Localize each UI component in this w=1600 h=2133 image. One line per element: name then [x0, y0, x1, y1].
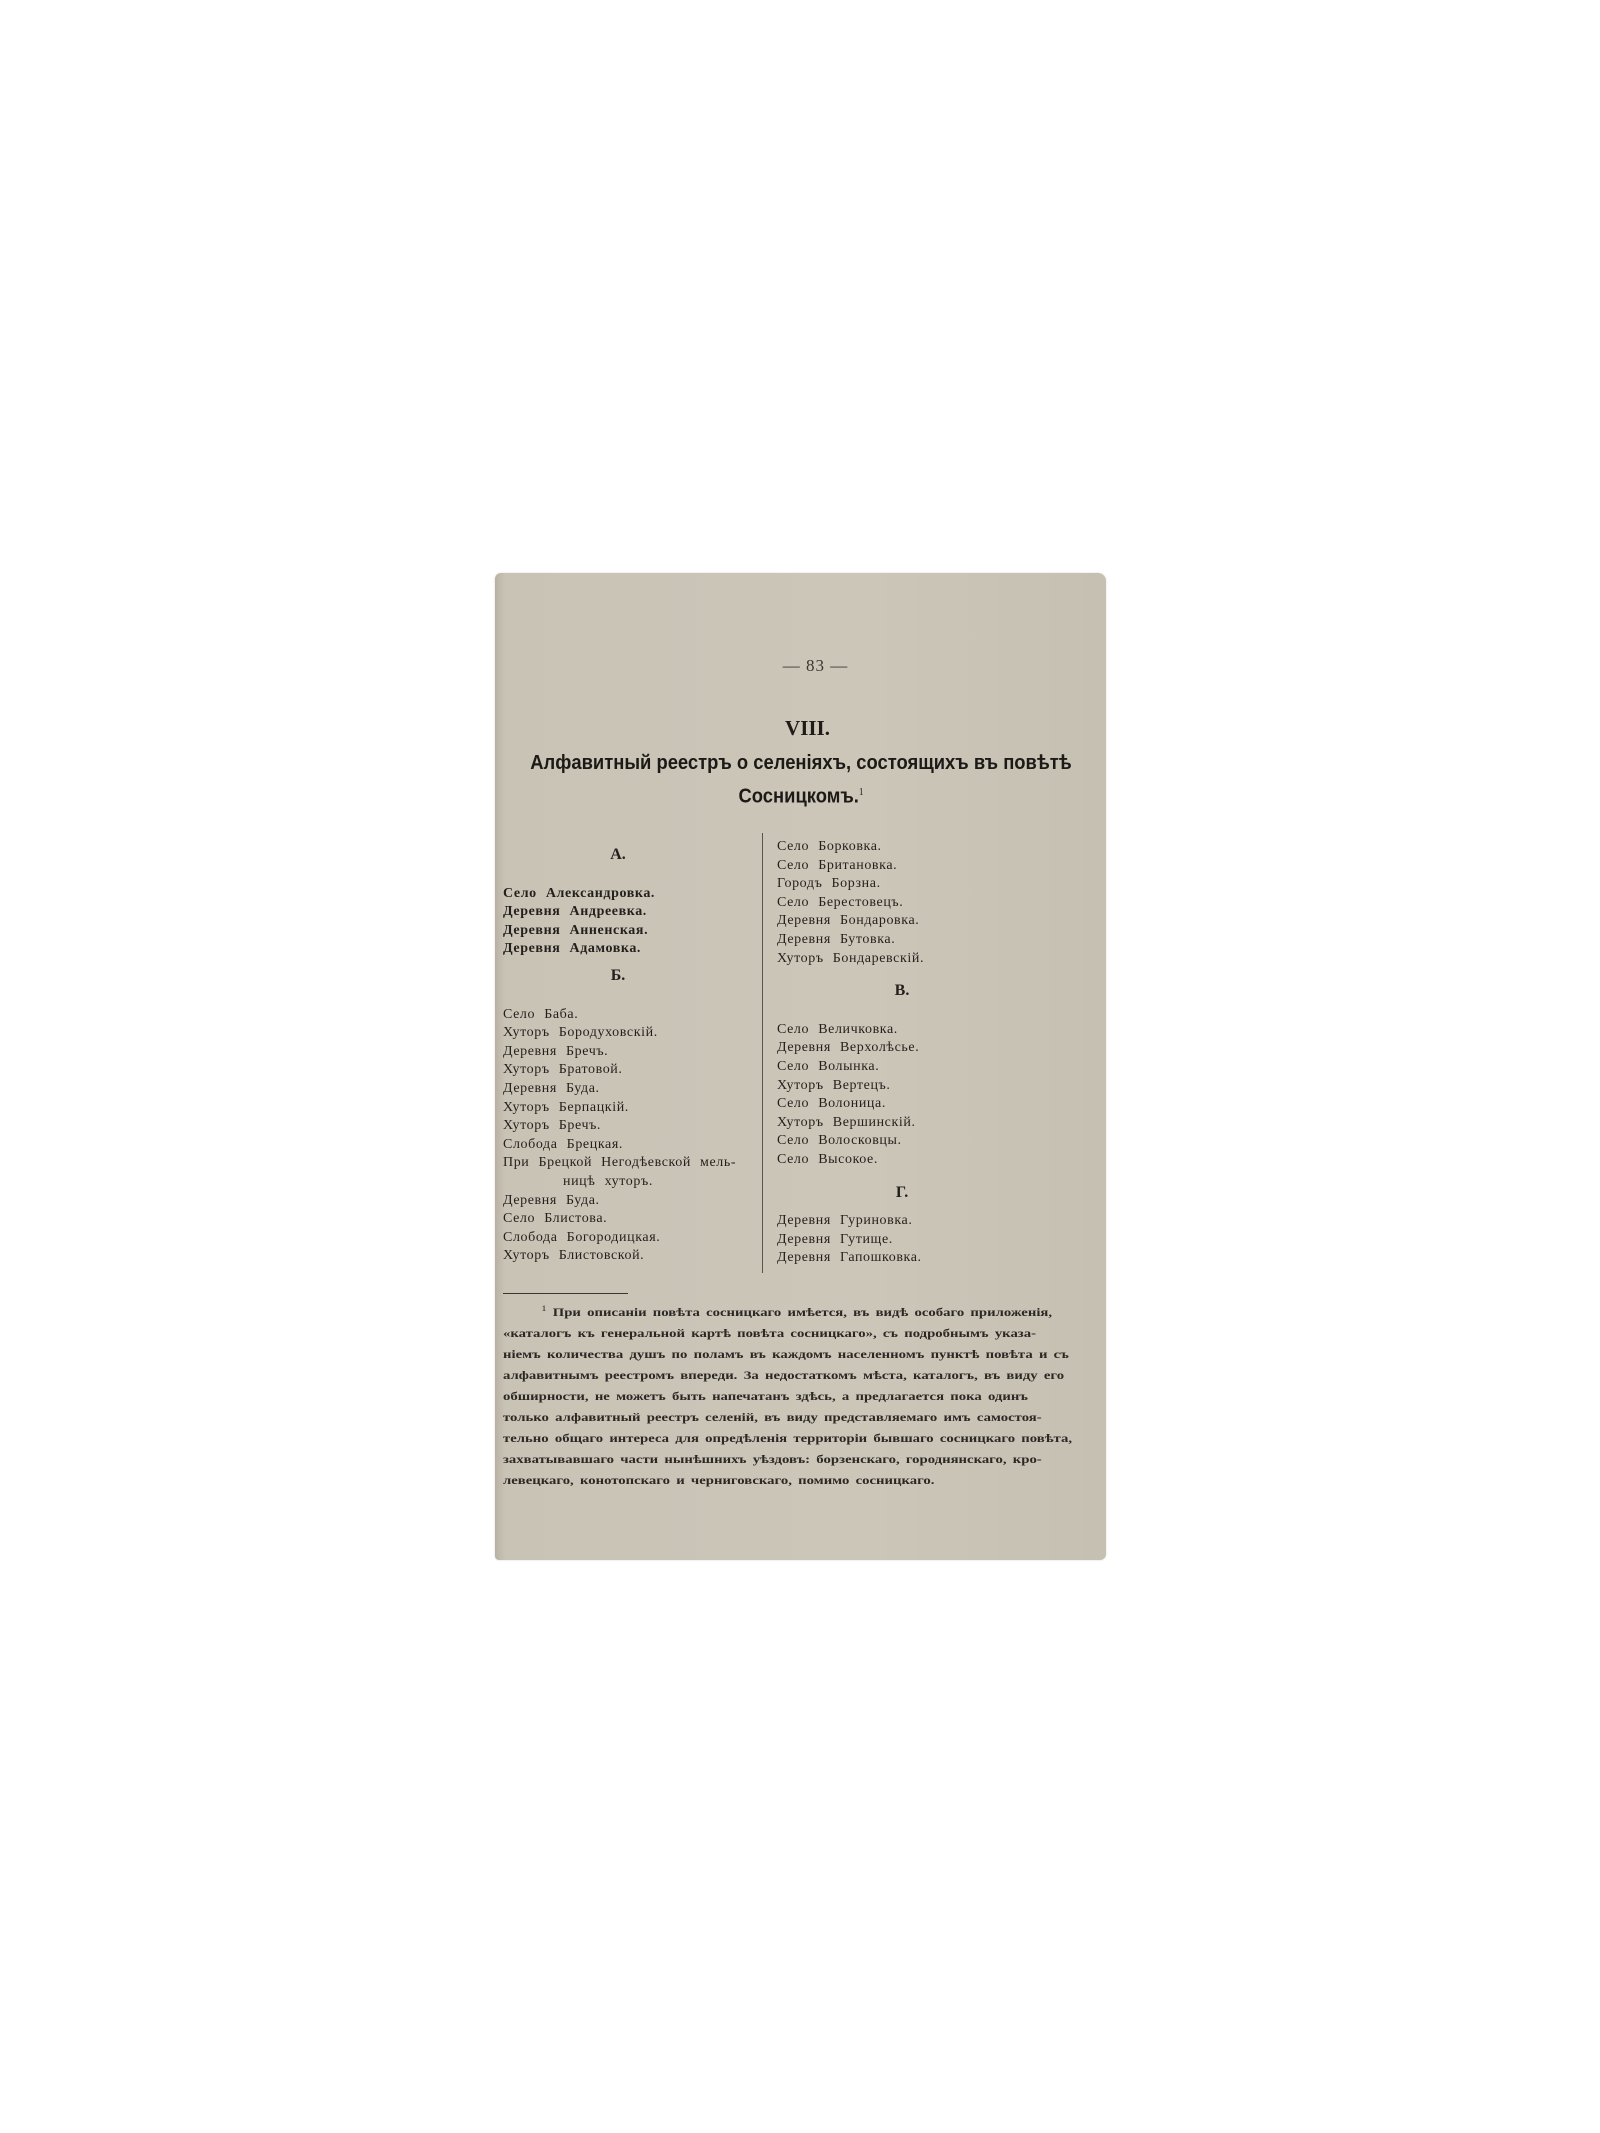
footnote-line: левецкаго, конотопскаго и черниговскаго,… — [503, 1471, 1066, 1492]
settlement-entry: Хуторъ Блистовской. — [503, 1247, 753, 1266]
footnote-line: только алфавитный реестръ селеній, въ ви… — [503, 1408, 1066, 1429]
page-number: — 83 — — [495, 656, 1106, 676]
settlement-entry: Деревня Верхолѣсье. — [777, 1039, 1067, 1058]
settlement-entry: Слобода Богородицкая. — [503, 1229, 753, 1248]
settlement-entry: Деревня Бондаровка. — [777, 912, 1067, 931]
settlement-entry: Село Высокое. — [777, 1151, 1067, 1170]
settlement-entry: Хуторъ Братовой. — [503, 1061, 753, 1080]
footnote-line: обширности, не можетъ быть напечатанъ зд… — [503, 1387, 1066, 1408]
settlement-entry: Деревня Андреевка. — [503, 903, 753, 922]
settlement-entry: Деревня Буда. — [503, 1192, 753, 1211]
settlement-entry: Деревня Гапошковка. — [777, 1249, 1067, 1268]
settlement-entry: Село Александровка. — [503, 885, 753, 904]
title-line-1: Алфавитный реестръ о селеніяхъ, состоящи… — [525, 748, 1077, 778]
settlement-entry: Городъ Борзна. — [777, 875, 1067, 894]
column-divider — [762, 833, 763, 1273]
section-number: VIII. — [495, 716, 1106, 741]
footnote-line: 1 При описаніи повѣта сосницкаго имѣется… — [503, 1298, 1066, 1324]
settlement-entry: Деревня Анненская. — [503, 922, 753, 941]
settlement-entry: Деревня Буда. — [503, 1080, 753, 1099]
left-column: А. Село Александровка. Деревня Андреевка… — [503, 838, 753, 1266]
footnote: 1 При описаніи повѣта сосницкаго имѣется… — [503, 1298, 1066, 1492]
letter-heading-b: Б. — [503, 967, 753, 986]
letter-heading-a: А. — [503, 846, 753, 865]
letter-heading-v: В. — [777, 982, 1067, 1001]
settlement-entry: Хуторъ Берпацкій. — [503, 1099, 753, 1118]
title-line-2: Сосницкомъ.1 — [525, 778, 1077, 812]
settlement-entry: Хуторъ Вершинскій. — [777, 1114, 1067, 1133]
settlement-entry: Хуторъ Бречъ. — [503, 1117, 753, 1136]
settlement-entry: Слобода Брецкая. — [503, 1136, 753, 1155]
settlement-entry: Деревня Гуриновка. — [777, 1212, 1067, 1231]
settlement-entry: Село Волынка. — [777, 1058, 1067, 1077]
settlement-entry: Хуторъ Бородуховскій. — [503, 1024, 753, 1043]
footnote-line: ніемъ количества душъ по поламъ въ каждо… — [503, 1345, 1066, 1366]
settlement-entry: Хуторъ Бондаревскій. — [777, 950, 1067, 969]
settlement-entry: Село Борковка. — [777, 838, 1067, 857]
settlement-entry: Село Величковка. — [777, 1021, 1067, 1040]
title-footnote-marker: 1 — [859, 787, 864, 798]
right-column: Село Борковка. Село Британовка. Городъ Б… — [777, 838, 1067, 1268]
settlement-entry: Деревня Бречъ. — [503, 1043, 753, 1062]
settlement-entry: Село Британовка. — [777, 857, 1067, 876]
settlement-entry: Деревня Адамовка. — [503, 940, 753, 959]
footnote-line: алфавитнымъ реестромъ впереди. За недост… — [503, 1366, 1066, 1387]
footnote-line: тельно общаго интереса для опредѣленія т… — [503, 1429, 1066, 1450]
settlement-entry: При Брецкой Негодѣевской мель- — [503, 1154, 753, 1173]
settlement-entry: Село Блистова. — [503, 1210, 753, 1229]
footnote-rule — [503, 1293, 628, 1294]
footnote-line: «каталогъ къ генеральной картѣ повѣта со… — [503, 1324, 1066, 1345]
settlement-entry: Хуторъ Вертецъ. — [777, 1077, 1067, 1096]
page-title: Алфавитный реестръ о селеніяхъ, состоящи… — [525, 748, 1077, 812]
settlement-entry: Деревня Гутище. — [777, 1231, 1067, 1250]
settlement-entry: Село Баба. — [503, 1006, 753, 1025]
settlement-entry: Село Берестовецъ. — [777, 894, 1067, 913]
settlement-entry: Деревня Бутовка. — [777, 931, 1067, 950]
letter-heading-g: Г. — [777, 1184, 1067, 1203]
book-page: — 83 — VIII. Алфавитный реестръ о селені… — [495, 573, 1106, 1560]
footnote-line: захватывавшаго части нынѣшнихъ уѣздовъ: … — [503, 1450, 1066, 1471]
settlement-entry: Село Волосковцы. — [777, 1132, 1067, 1151]
settlement-entry-continuation: ницѣ хуторъ. — [503, 1173, 753, 1192]
footnote-marker: 1 — [541, 1304, 546, 1313]
settlement-entry: Село Волоница. — [777, 1095, 1067, 1114]
